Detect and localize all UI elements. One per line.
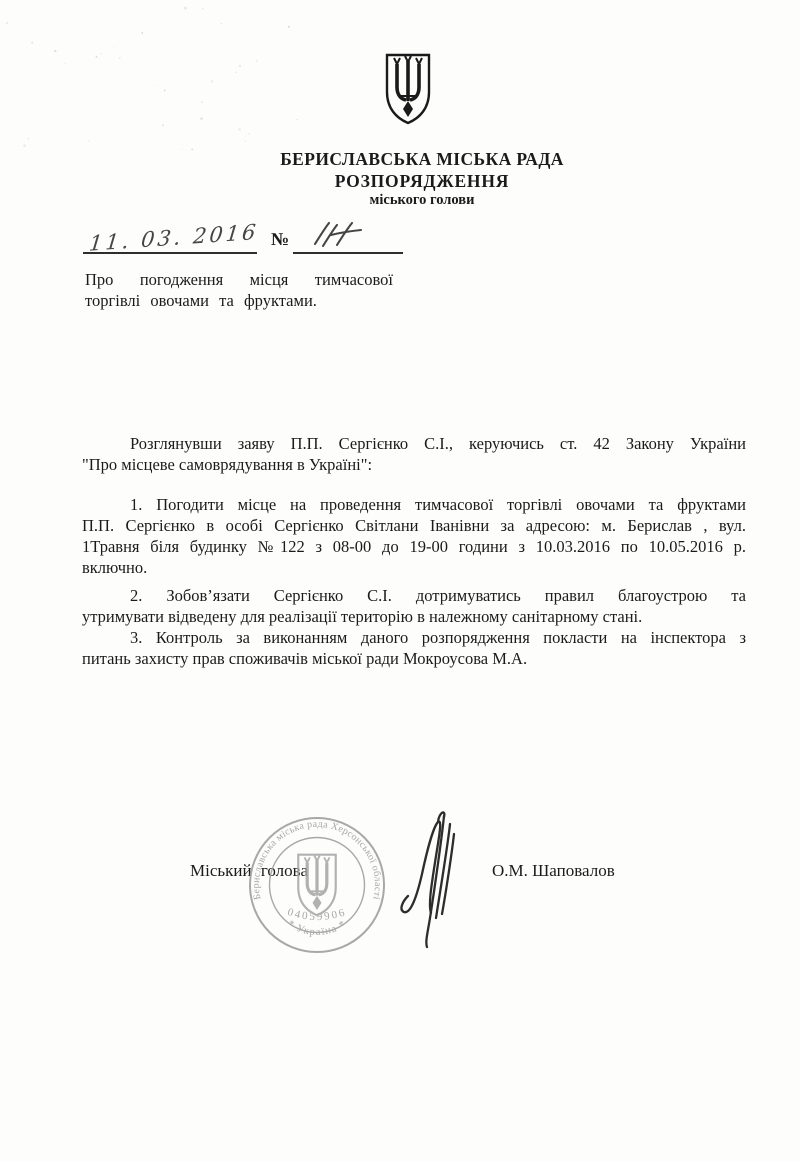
document-issuer: міського голови [44,191,800,210]
handwritten-date: 11. 03. 2016 [82,220,260,259]
order-item-1: 1. Погодити місце на проведення тимчасов… [82,494,746,578]
handwritten-number [309,220,367,250]
date-number-row: 11. 03. 2016 № [83,218,403,254]
stamp-bottom-text: * Україна * [285,918,348,938]
number-sign: № [271,224,289,254]
text-line: 1Травня біля будинку №122 з 08-00 до 19-… [82,536,746,557]
scanned-document-page: БЕРИСЛАВСЬКА МІСЬКА РАДА РОЗПОРЯДЖЕННЯ м… [0,0,800,1161]
subject-line: торгівлі овочами та фруктами. [85,291,393,312]
official-round-stamp: Бериславська міська рада Херсонської обл… [244,811,392,961]
text-line: Розглянувши заяву П.П. Сергієнко С.І., к… [82,433,746,454]
text-line: утримувати відведену для реалізації тери… [82,606,746,627]
handwritten-signature [394,800,466,950]
organization-name: БЕРИСЛАВСЬКА МІСЬКА РАДА [44,148,800,171]
ukraine-trident-emblem-icon [384,52,432,126]
text-line: П.П. Сергієнко в особі Сергієнко Світлан… [82,515,746,536]
text-line: включно. [82,557,746,578]
document-body: Розглянувши заяву П.П. Сергієнко С.І., к… [82,433,746,669]
text-line: "Про місцеве самоврядування в Україні": [82,454,746,475]
order-item-2: 2. Зобов’язати Сергієнко С.І. дотримуват… [82,585,746,627]
scan-noise-layer [0,0,300,150]
signatory-name: О.М. Шаповалов [492,861,615,881]
date-underline: 11. 03. 2016 [83,218,257,254]
text-line: 3. Контроль за виконанням даного розпоря… [82,627,746,648]
stamp-trident-icon [298,855,335,916]
subject-block: Про погодження місця тимчасової торгівлі… [85,270,393,311]
document-type-title: РОЗПОРЯДЖЕННЯ [44,171,800,191]
order-item-3: 3. Контроль за виконанням даного розпоря… [82,627,746,669]
subject-line: Про погодження місця тимчасової [85,270,393,291]
letterhead: БЕРИСЛАВСЬКА МІСЬКА РАДА РОЗПОРЯДЖЕННЯ м… [44,148,800,210]
text-line: питань захисту прав споживачів міської р… [82,648,746,669]
preamble-paragraph: Розглянувши заяву П.П. Сергієнко С.І., к… [82,433,746,475]
text-line: 1. Погодити місце на проведення тимчасов… [82,494,746,515]
text-line: 2. Зобов’язати Сергієнко С.І. дотримуват… [82,585,746,606]
number-underline [293,218,403,254]
